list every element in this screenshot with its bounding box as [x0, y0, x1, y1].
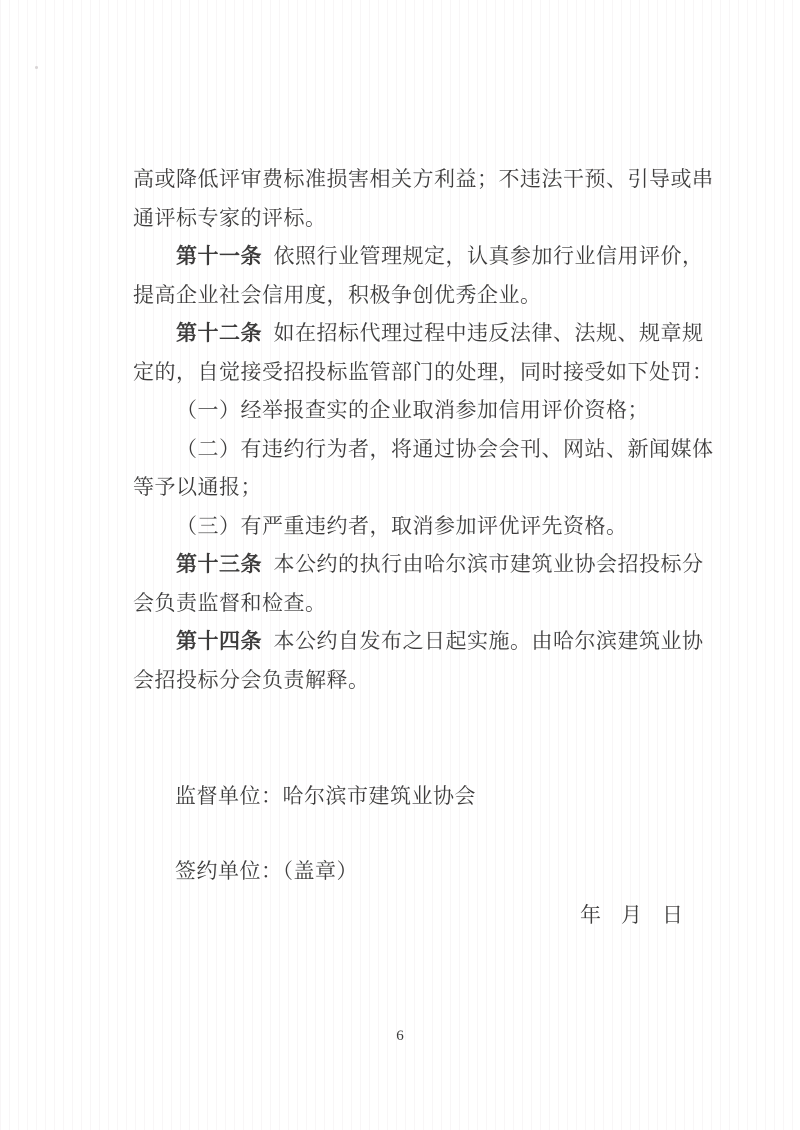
- body-text: 高或降低评审费标准损害相关方利益；不违法干预、引导或串 通评标专家的评标。 第十…: [133, 160, 688, 699]
- body-line: 定的，自觉接受招投标监管部门的处理，同时接受如下处罚：: [133, 353, 688, 392]
- body-line: 会招投标分会负责解释。: [133, 661, 688, 700]
- body-line: 第十三条本公约的执行由哈尔滨市建筑业协会招投标分: [133, 545, 688, 584]
- line-text: 本公约的执行由哈尔滨市建筑业协会招投标分: [274, 552, 704, 576]
- line-text: 本公约自发布之日起实施。由哈尔滨建筑业协: [274, 629, 704, 653]
- line-text: 通评标专家的评标。: [133, 206, 327, 230]
- body-line: 等予以通报；: [133, 468, 688, 507]
- body-line: 提高企业社会信用度，积极争创优秀企业。: [133, 276, 688, 315]
- supervisor-line: 监督单位：哈尔滨市建筑业协会: [175, 783, 476, 809]
- document-page: 高或降低评审费标准损害相关方利益；不违法干预、引导或串 通评标专家的评标。 第十…: [0, 0, 800, 1130]
- line-text: （二）有违约行为者，将通过协会会刊、网站、新闻媒体: [176, 437, 714, 461]
- body-line: 会负责监督和检查。: [133, 584, 688, 623]
- body-line: 第十四条本公约自发布之日起实施。由哈尔滨建筑业协: [133, 622, 688, 661]
- body-line: （一）经举报查实的企业取消参加信用评价资格；: [133, 391, 688, 430]
- year-label: 年: [580, 902, 601, 928]
- line-text: （一）经举报查实的企业取消参加信用评价资格；: [176, 398, 649, 422]
- date-line: 年月日: [580, 902, 683, 928]
- article-number: 第十一条: [176, 244, 262, 268]
- line-text: 高或降低评审费标准损害相关方利益；不违法干预、引导或串: [133, 167, 714, 191]
- body-line: 第十二条如在招标代理过程中违反法律、法规、规章规: [133, 314, 688, 353]
- line-text: 会招投标分会负责解释。: [133, 668, 370, 692]
- line-text: 提高企业社会信用度，积极争创优秀企业。: [133, 283, 542, 307]
- day-label: 日: [662, 902, 683, 928]
- line-text: 定的，自觉接受招投标监管部门的处理，同时接受如下处罚：: [133, 360, 714, 384]
- article-number: 第十四条: [176, 629, 262, 653]
- line-text: 如在招标代理过程中违反法律、法规、规章规: [274, 321, 704, 345]
- month-label: 月: [621, 902, 642, 928]
- article-number: 第十二条: [176, 321, 262, 345]
- line-text: 等予以通报；: [133, 475, 262, 499]
- body-line: 通评标专家的评标。: [133, 199, 688, 238]
- signer-line: 签约单位：（盖章）: [175, 858, 358, 884]
- line-text: （三）有严重违约者，取消参加评优评先资格。: [176, 514, 628, 538]
- page-number: 6: [0, 1028, 800, 1045]
- body-line: （二）有违约行为者，将通过协会会刊、网站、新闻媒体: [133, 430, 688, 469]
- article-number: 第十三条: [176, 552, 262, 576]
- line-text: 会负责监督和检查。: [133, 591, 327, 615]
- body-line: 第十一条依照行业管理规定，认真参加行业信用评价，: [133, 237, 688, 276]
- line-text: 依照行业管理规定，认真参加行业信用评价，: [274, 244, 704, 268]
- body-line: （三）有严重违约者，取消参加评优评先资格。: [133, 507, 688, 546]
- body-line: 高或降低评审费标准损害相关方利益；不违法干预、引导或串: [133, 160, 688, 199]
- scan-speck: [35, 66, 38, 69]
